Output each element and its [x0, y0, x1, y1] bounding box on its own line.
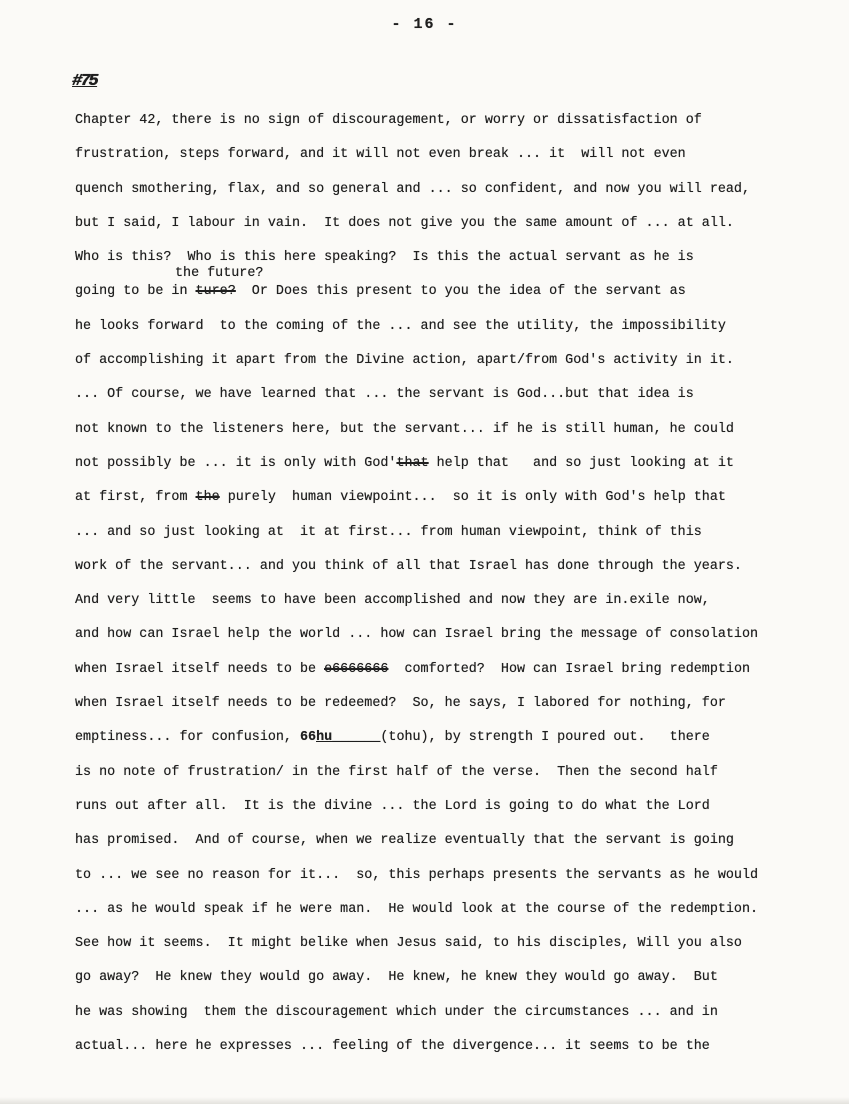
text-line: ... as he would speak if he were man. He… — [75, 895, 815, 929]
text-line: the future?going to be in ture? Or Does … — [75, 277, 815, 311]
text-segment: he looks forward to the coming of the ..… — [75, 319, 726, 334]
text-line: ... Of course, we have learned that ... … — [75, 380, 815, 414]
page-number: - 16 - — [0, 16, 849, 33]
text-segment: actual... here he expresses ... feeling … — [75, 1039, 710, 1054]
text-line: and how can Israel help the world ... ho… — [75, 620, 815, 654]
text-segment: quench smothering, flax, and so general … — [75, 182, 750, 197]
text-line: See how it seems. It might belike when J… — [75, 929, 815, 963]
text-segment: Who is this? Who is this here speaking? … — [75, 250, 694, 265]
text-line: not known to the listeners here, but the… — [75, 415, 815, 449]
text-segment: Chapter 42, there is no sign of discoura… — [75, 113, 702, 128]
text-line: of accomplishing it apart from the Divin… — [75, 346, 815, 380]
text-line: he looks forward to the coming of the ..… — [75, 312, 815, 346]
text-segment: purely human viewpoint... so it is only … — [220, 490, 726, 505]
text-line: go away? He knew they would go away. He … — [75, 963, 815, 997]
text-line: work of the servant... and you think of … — [75, 552, 815, 586]
text-line: he was showing them the discouragement w… — [75, 998, 815, 1032]
text-line: And very little seems to have been accom… — [75, 586, 815, 620]
document-page: - 16 - #75 Chapter 42, there is no sign … — [0, 0, 849, 1104]
text-segment: comforted? How can Israel bring redempti… — [388, 662, 750, 677]
text-line: quench smothering, flax, and so general … — [75, 175, 815, 209]
text-segment: when Israel itself needs to be redeemed?… — [75, 696, 726, 711]
text-line: is no note of frustration/ in the first … — [75, 758, 815, 792]
text-segment: at first, from — [75, 490, 196, 505]
text-segment: emptiness... for confusion, — [75, 730, 300, 745]
text-segment: hu — [316, 730, 332, 745]
text-line: at first, from the purely human viewpoin… — [75, 483, 815, 517]
text-segment: and how can Israel help the world ... ho… — [75, 627, 758, 642]
text-segment: ... as he would speak if he were man. He… — [75, 902, 758, 917]
text-line: not possibly be ... it is only with God'… — [75, 449, 815, 483]
text-segment: 66 — [300, 730, 316, 745]
text-line: when Israel itself needs to be e6666666 … — [75, 655, 815, 689]
text-segment: to ... we see no reason for it... so, th… — [75, 868, 758, 883]
text-line: has promised. And of course, when we rea… — [75, 826, 815, 860]
section-heading: #75 — [72, 72, 97, 91]
text-line: ... and so just looking at it at first..… — [75, 518, 815, 552]
text-line: Chapter 42, there is no sign of discoura… — [75, 106, 815, 140]
text-segment: has promised. And of course, when we rea… — [75, 833, 734, 848]
text-segment: but I said, I labour in vain. It does no… — [75, 216, 734, 231]
text-segment: (tohu), by strength I poured out. there — [380, 730, 709, 745]
text-line: to ... we see no reason for it... so, th… — [75, 861, 815, 895]
document-body: Chapter 42, there is no sign of discoura… — [75, 106, 815, 1066]
text-segment: Or Does this present to you the idea of … — [236, 284, 686, 299]
text-line: emptiness... for confusion, 66hu______(t… — [75, 723, 815, 757]
text-line: when Israel itself needs to be redeemed?… — [75, 689, 815, 723]
text-segment: work of the servant... and you think of … — [75, 559, 742, 574]
text-segment: runs out after all. It is the divine ...… — [75, 799, 710, 814]
text-line: actual... here he expresses ... feeling … — [75, 1032, 815, 1066]
text-segment: not known to the listeners here, but the… — [75, 422, 734, 437]
text-segment: he was showing them the discouragement w… — [75, 1005, 718, 1020]
text-segment: See how it seems. It might belike when J… — [75, 936, 742, 951]
text-segment: is no note of frustration/ in the first … — [75, 765, 718, 780]
text-segment: not possibly be ... it is only with God' — [75, 456, 396, 471]
text-segment: of accomplishing it apart from the Divin… — [75, 353, 734, 368]
text-segment: ... Of course, we have learned that ... … — [75, 387, 694, 402]
text-segment: And very little seems to have been accom… — [75, 593, 710, 608]
text-segment: when Israel itself needs to be — [75, 662, 324, 677]
text-segment: the — [196, 490, 220, 505]
text-segment: frustration, steps forward, and it will … — [75, 147, 686, 162]
text-segment: ______ — [332, 730, 380, 745]
text-line: runs out after all. It is the divine ...… — [75, 792, 815, 826]
text-segment: e6666666 — [324, 662, 388, 677]
text-segment: go away? He knew they would go away. He … — [75, 970, 718, 985]
text-line: but I said, I labour in vain. It does no… — [75, 209, 815, 243]
text-segment: ... and so just looking at it at first..… — [75, 525, 702, 540]
text-segment: help that and so just looking at it — [429, 456, 734, 471]
text-line: frustration, steps forward, and it will … — [75, 140, 815, 174]
text-segment: that — [396, 456, 428, 471]
interline-insertion: the future? — [175, 259, 263, 289]
